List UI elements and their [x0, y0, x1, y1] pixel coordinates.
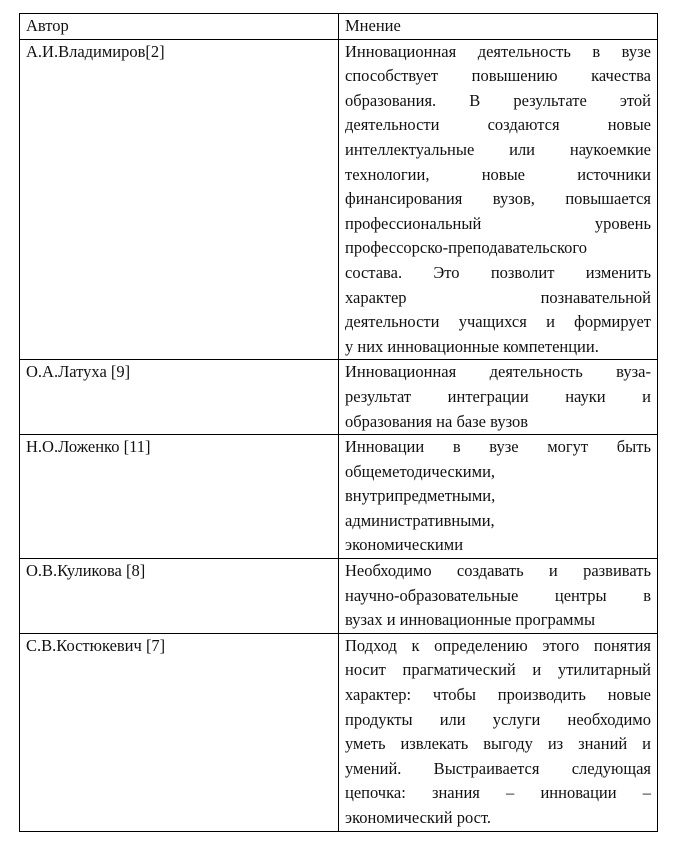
opinion-line: уметь извлекать выгоду из знаний и: [345, 732, 651, 757]
table-header-row: Автор Мнение: [20, 14, 658, 40]
opinion-line: способствует повышению качества: [345, 64, 651, 89]
opinion-line: Необходимо создавать и развивать: [345, 559, 651, 584]
opinion-line: умений. Выстраивается следующая: [345, 757, 651, 782]
opinion-line: экономический рост.: [345, 806, 651, 831]
table-row: С.В.Костюкевич [7]Подход к определению э…: [20, 633, 658, 831]
opinion-line: общеметодическими,: [345, 460, 651, 485]
opinion-line: Инновационная деятельность вуза-: [345, 360, 651, 385]
opinion-line: вузах и инновационные программы: [345, 608, 651, 633]
opinion-line: состава. Это позволит изменить: [345, 261, 651, 286]
table-row: А.И.Владимиров[2]Инновационная деятельно…: [20, 39, 658, 360]
opinion-line: деятельности учащихся и формирует: [345, 310, 651, 335]
opinion-line: экономическими: [345, 533, 651, 558]
opinions-table: Автор Мнение А.И.Владимиров[2]Инновацион…: [19, 13, 658, 832]
author-cell: С.В.Костюкевич [7]: [20, 633, 339, 831]
author-cell: Н.О.Ложенко [11]: [20, 435, 339, 559]
opinion-cell: Инновационная деятельность вуза-результа…: [339, 360, 658, 435]
opinion-line: административными,: [345, 509, 651, 534]
opinion-line: Инновации в вузе могут быть: [345, 435, 651, 460]
author-cell: О.А.Латуха [9]: [20, 360, 339, 435]
opinion-line: интеллектуальные или наукоемкие: [345, 138, 651, 163]
opinion-cell: Подход к определению этого понятияносит …: [339, 633, 658, 831]
table-row: О.А.Латуха [9]Инновационная деятельность…: [20, 360, 658, 435]
opinion-line: профессорско-преподавательского: [345, 236, 651, 261]
opinion-line: научно-образовательные центры в: [345, 584, 651, 609]
opinion-line: образования. В результате этой: [345, 89, 651, 114]
opinion-line: образования на базе вузов: [345, 410, 651, 435]
table-row: О.В.Куликова [8]Необходимо создавать и р…: [20, 559, 658, 634]
opinion-line: технологии, новые источники: [345, 163, 651, 188]
opinion-line: деятельности создаются новые: [345, 113, 651, 138]
opinion-line: внутрипредметными,: [345, 484, 651, 509]
opinion-cell: Инновационная деятельность в вузеспособс…: [339, 39, 658, 360]
opinion-line: носит прагматический и утилитарный: [345, 658, 651, 683]
opinion-line: профессиональный уровень: [345, 212, 651, 237]
opinion-line: характер: чтобы производить новые: [345, 683, 651, 708]
opinion-cell: Инновации в вузе могут бытьобщеметодичес…: [339, 435, 658, 559]
opinion-line: цепочка: знания – инновации –: [345, 781, 651, 806]
author-cell: А.И.Владимиров[2]: [20, 39, 339, 360]
header-opinion: Мнение: [339, 14, 658, 40]
opinion-line: у них инновационные компетенции.: [345, 335, 651, 360]
opinion-cell: Необходимо создавать и развиватьнаучно-о…: [339, 559, 658, 634]
opinion-line: характер познавательной: [345, 286, 651, 311]
table-row: Н.О.Ложенко [11]Инновации в вузе могут б…: [20, 435, 658, 559]
opinion-line: результат интеграции науки и: [345, 385, 651, 410]
opinion-line: Инновационная деятельность в вузе: [345, 40, 651, 65]
header-author: Автор: [20, 14, 339, 40]
opinion-line: продукты или услуги необходимо: [345, 708, 651, 733]
table-body: Автор Мнение А.И.Владимиров[2]Инновацион…: [20, 14, 658, 832]
opinion-line: финансирования вузов, повышается: [345, 187, 651, 212]
author-cell: О.В.Куликова [8]: [20, 559, 339, 634]
opinion-line: Подход к определению этого понятия: [345, 634, 651, 659]
